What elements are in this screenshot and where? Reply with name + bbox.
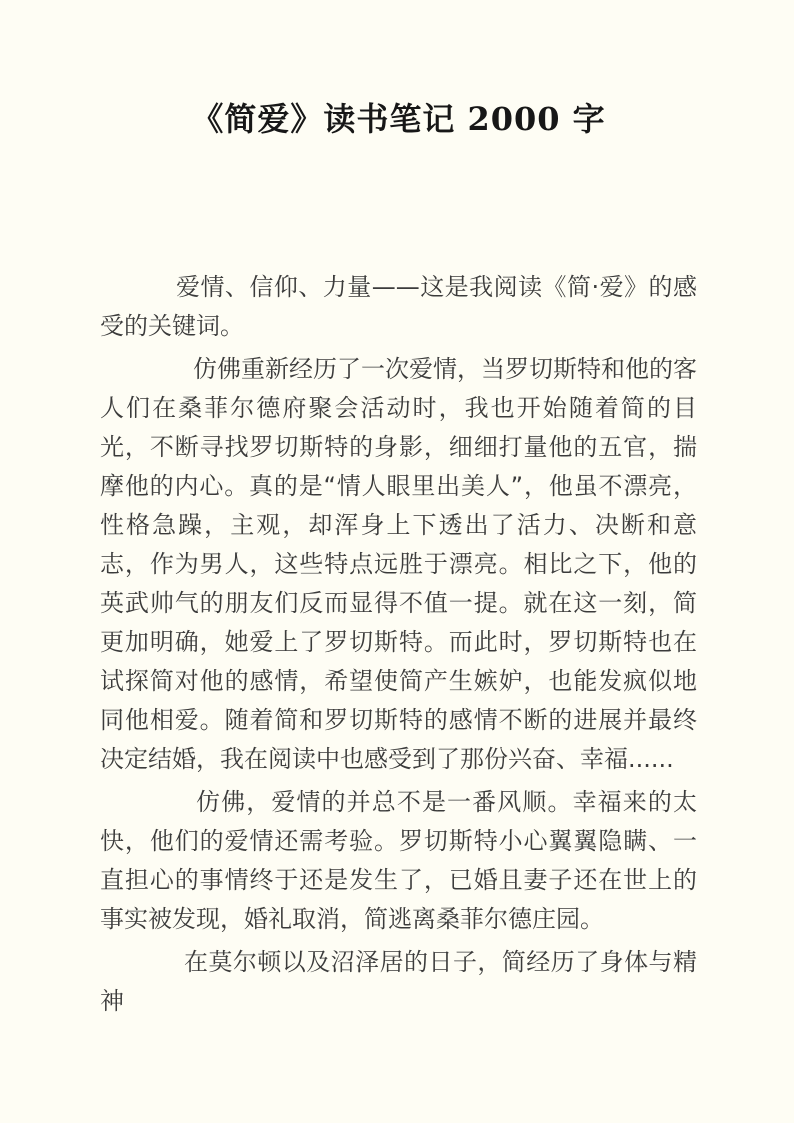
- paragraph-love-story: 仿佛重新经历了一次爱情，当罗切斯特和他的客人们在桑菲尔德府聚会活动时，我也开始随…: [100, 350, 697, 779]
- document-title: 《简爱》读书笔记 2000 字: [100, 96, 697, 142]
- paragraph-trial: 仿佛，爱情的并总不是一番风顺。幸福来的太快，他们的爱情还需考验。罗切斯特小心翼翼…: [100, 783, 697, 939]
- paragraph-keywords: 爱情、信仰、力量——这是我阅读《简·爱》的感受的关键词。: [100, 268, 697, 346]
- paragraph-morton: 在莫尔顿以及沼泽居的日子，简经历了身体与精神: [100, 943, 697, 1021]
- document-page: 《简爱》读书笔记 2000 字 爱情、信仰、力量——这是我阅读《简·爱》的感受的…: [0, 0, 794, 1123]
